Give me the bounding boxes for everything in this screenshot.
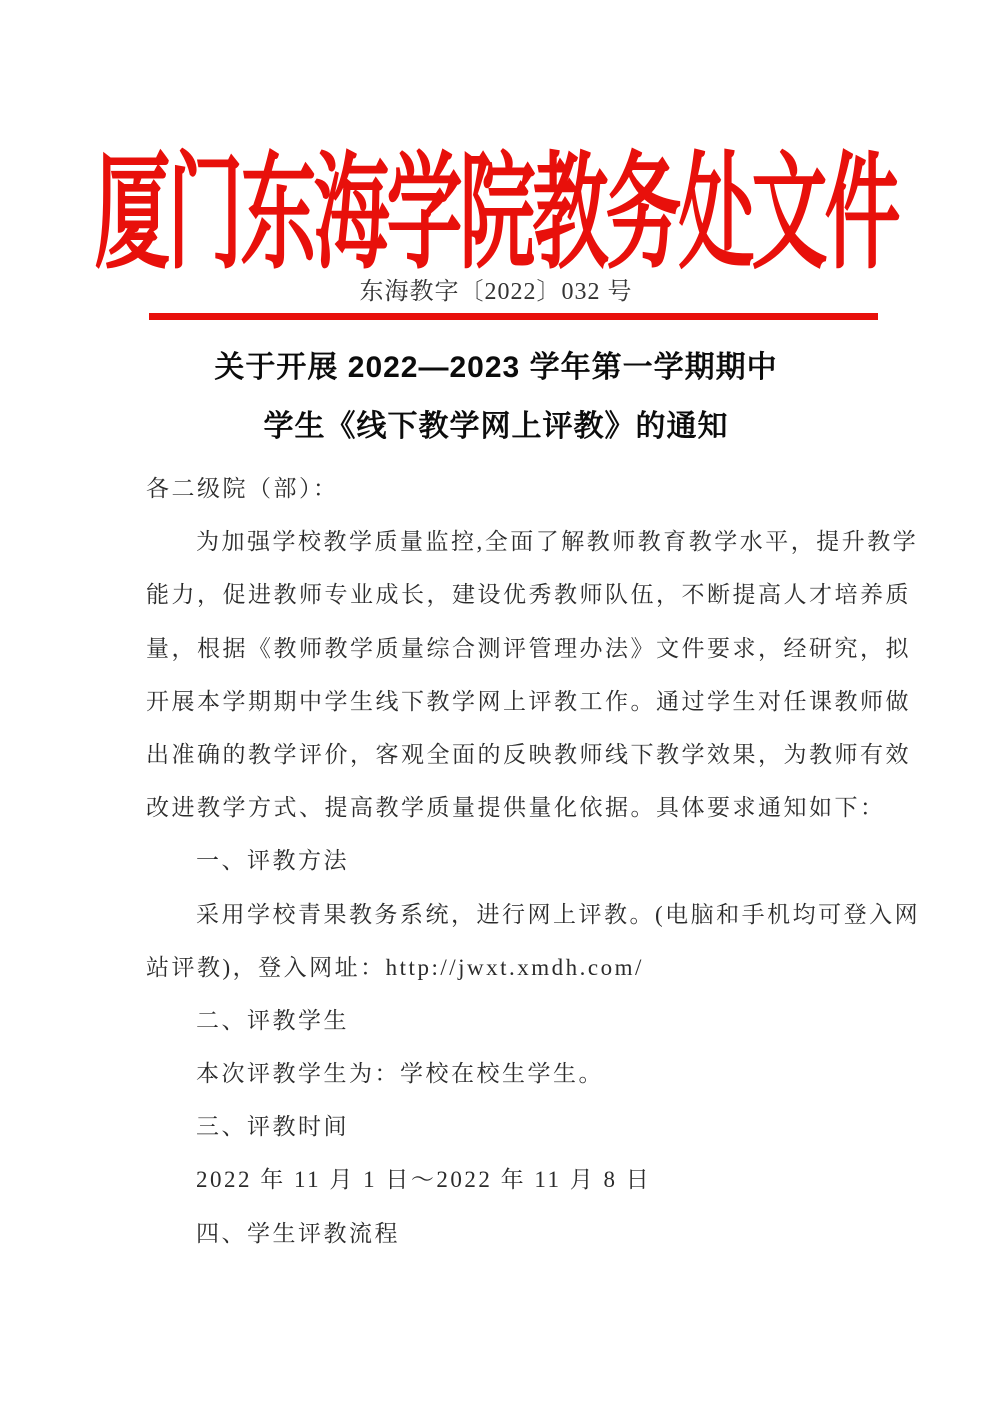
date-range-line: 2022 年 11 月 1 日～2022 年 11 月 8 日 xyxy=(146,1153,886,1206)
section-heading-2: 二、评教学生 xyxy=(146,994,886,1047)
paragraph-line: 本次评教学生为：学校在校生学生。 xyxy=(146,1047,886,1100)
salutation: 各二级院（部）： xyxy=(146,462,886,515)
paragraph-line-with-url: 站评教)，登入网址：http://jwxt.xmdh.com/ xyxy=(146,941,886,994)
section-heading-4: 四、学生评教流程 xyxy=(146,1207,886,1260)
document-page: 厦门东海学院教务处文件 东海教字〔2022〕032 号 关于开展 2022—20… xyxy=(0,0,992,1403)
document-header-title: 厦门东海学院教务处文件 xyxy=(0,112,992,293)
subject-line-1: 关于开展 2022—2023 学年第一学期期中 xyxy=(0,338,992,397)
paragraph-line: 量，根据《教师教学质量综合测评管理办法》文件要求，经研究，拟 xyxy=(146,622,886,675)
document-number: 东海教字〔2022〕032 号 xyxy=(0,271,992,306)
paragraph-line: 能力，促进教师专业成长，建设优秀教师队伍，不断提高人才培养质 xyxy=(146,568,886,621)
header-divider-line xyxy=(149,313,878,320)
section-heading-3: 三、评教时间 xyxy=(146,1100,886,1153)
paragraph-line: 为加强学校教学质量监控,全面了解教师教育教学水平，提升教学 xyxy=(146,515,886,568)
paragraph-line: 采用学校青果教务系统，进行网上评教。(电脑和手机均可登入网 xyxy=(146,888,886,941)
paragraph-line: 改进教学方式、提高教学质量提供量化依据。具体要求通知如下： xyxy=(146,781,886,834)
document-body: 各二级院（部）：为加强学校教学质量监控,全面了解教师教育教学水平，提升教学能力，… xyxy=(146,462,886,1260)
section-heading-1: 一、评教方法 xyxy=(146,834,886,887)
subject-line-2: 学生《线下教学网上评教》的通知 xyxy=(0,397,992,456)
paragraph-line: 出准确的教学评价，客观全面的反映教师线下教学效果，为教师有效 xyxy=(146,728,886,781)
document-subject: 关于开展 2022—2023 学年第一学期期中 学生《线下教学网上评教》的通知 xyxy=(0,338,992,456)
paragraph-line: 开展本学期期中学生线下教学网上评教工作。通过学生对任课教师做 xyxy=(146,675,886,728)
